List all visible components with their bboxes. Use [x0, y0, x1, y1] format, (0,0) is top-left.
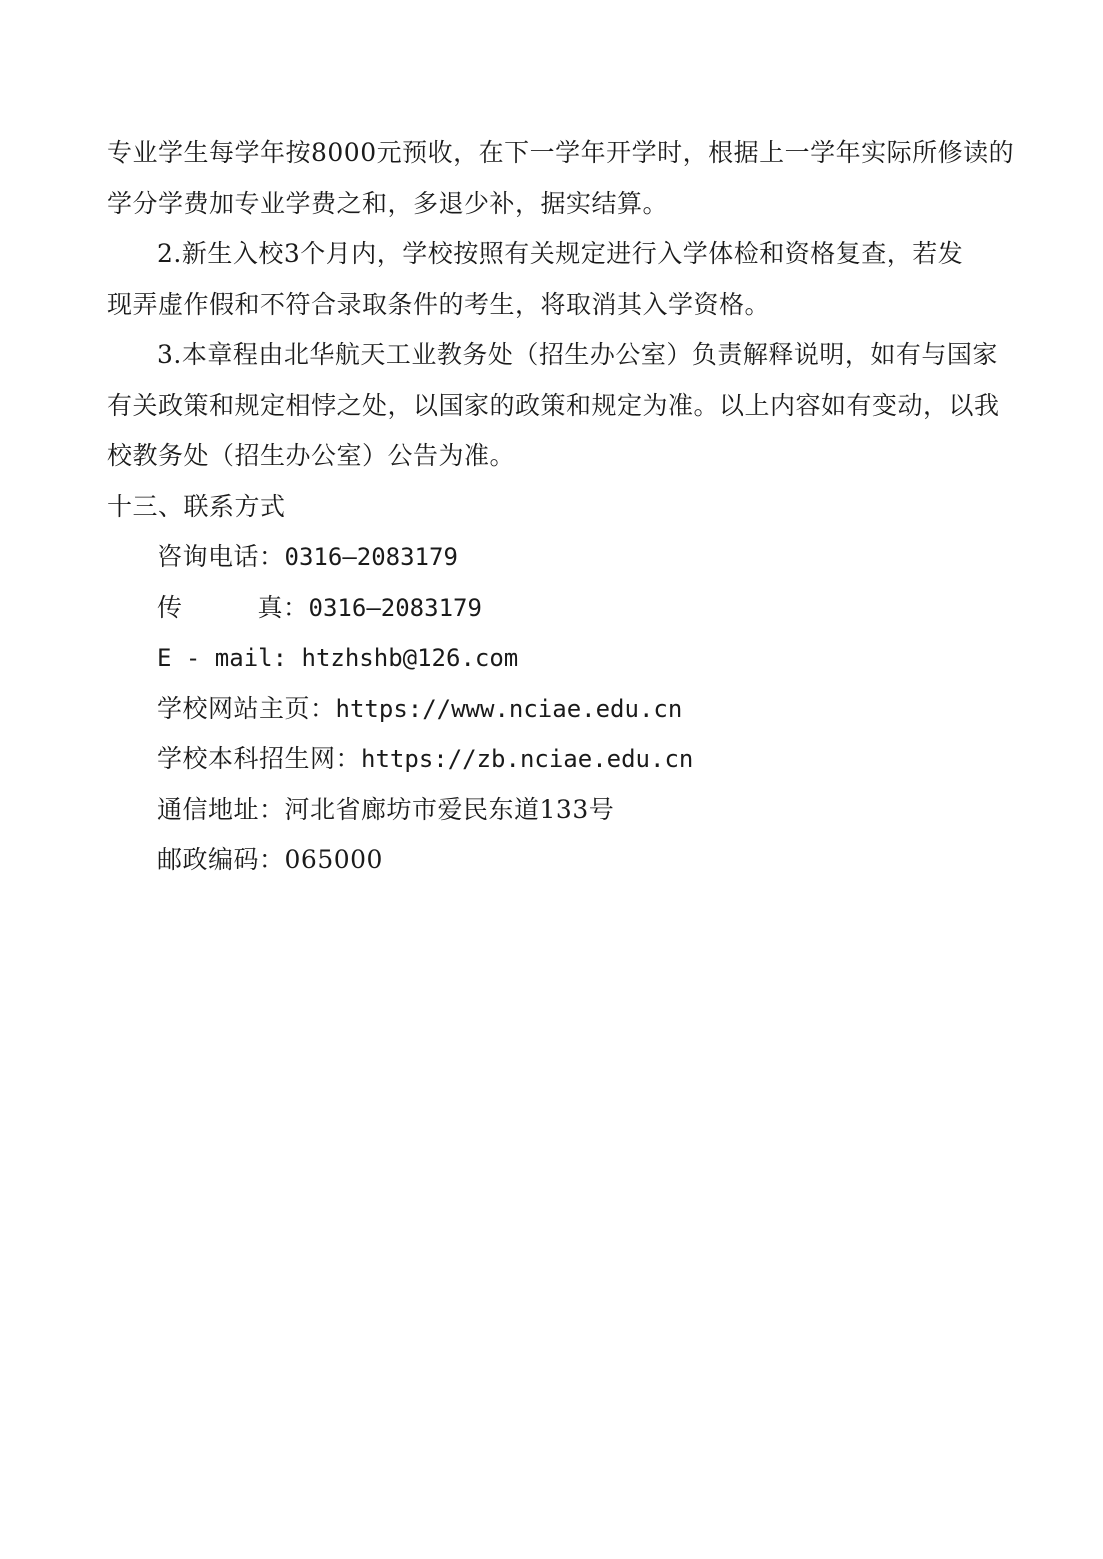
item-3-line-3: 校教务处（招生办公室）公告为准。 — [107, 431, 997, 482]
address-label: 通信地址： — [157, 795, 285, 824]
fax-label-char-1: 传 — [157, 593, 183, 622]
admissions-site-label: 学校本科招生网： — [157, 744, 361, 773]
fax-value: 0316—2083179 — [309, 594, 482, 622]
contact-website: 学校网站主页：https://www.nciae.edu.cn — [107, 684, 997, 735]
contact-section-heading: 十三、联系方式 — [107, 482, 997, 533]
postcode-value: 065000 — [285, 845, 383, 874]
contact-postcode: 邮政编码：065000 — [107, 835, 997, 886]
fee-paragraph-line-2: 学分学费加专业学费之和，多退少补，据实结算。 — [107, 179, 997, 230]
address-value: 河北省廊坊市爱民东道133号 — [285, 795, 615, 824]
website-label: 学校网站主页： — [157, 694, 336, 723]
email-label: E - mail: — [157, 644, 302, 672]
fee-paragraph-line-1: 专业学生每学年按8000元预收，在下一学年开学时，根据上一学年实际所修读的 — [107, 128, 997, 179]
contact-address: 通信地址：河北省廊坊市爱民东道133号 — [107, 785, 997, 836]
fax-label-char-2: 真： — [258, 593, 309, 622]
admissions-site-link[interactable]: https://zb.nciae.edu.cn — [361, 745, 693, 773]
document-page: 专业学生每学年按8000元预收，在下一学年开学时，根据上一学年实际所修读的 学分… — [107, 128, 997, 886]
item-3-line-2: 有关政策和规定相悖之处，以国家的政策和规定为准。以上内容如有变动，以我 — [107, 381, 997, 432]
item-2-line-2: 现弄虚作假和不符合录取条件的考生，将取消其入学资格。 — [107, 280, 997, 331]
postcode-label: 邮政编码： — [157, 845, 285, 874]
item-3-line-1: 3.本章程由北华航天工业教务处（招生办公室）负责解释说明，如有与国家 — [107, 330, 997, 381]
email-value[interactable]: htzhshb@126.com — [302, 644, 519, 672]
phone-value: 0316—2083179 — [285, 543, 458, 571]
website-link[interactable]: https://www.nciae.edu.cn — [336, 695, 683, 723]
contact-email: E - mail: htzhshb@126.com — [107, 633, 997, 684]
contact-fax: 传真：0316—2083179 — [107, 583, 997, 634]
contact-admissions-site: 学校本科招生网：https://zb.nciae.edu.cn — [107, 734, 997, 785]
contact-phone: 咨询电话：0316—2083179 — [107, 532, 997, 583]
item-2-line-1: 2.新生入校3个月内，学校按照有关规定进行入学体检和资格复查，若发 — [107, 229, 997, 280]
phone-label: 咨询电话： — [157, 542, 285, 571]
